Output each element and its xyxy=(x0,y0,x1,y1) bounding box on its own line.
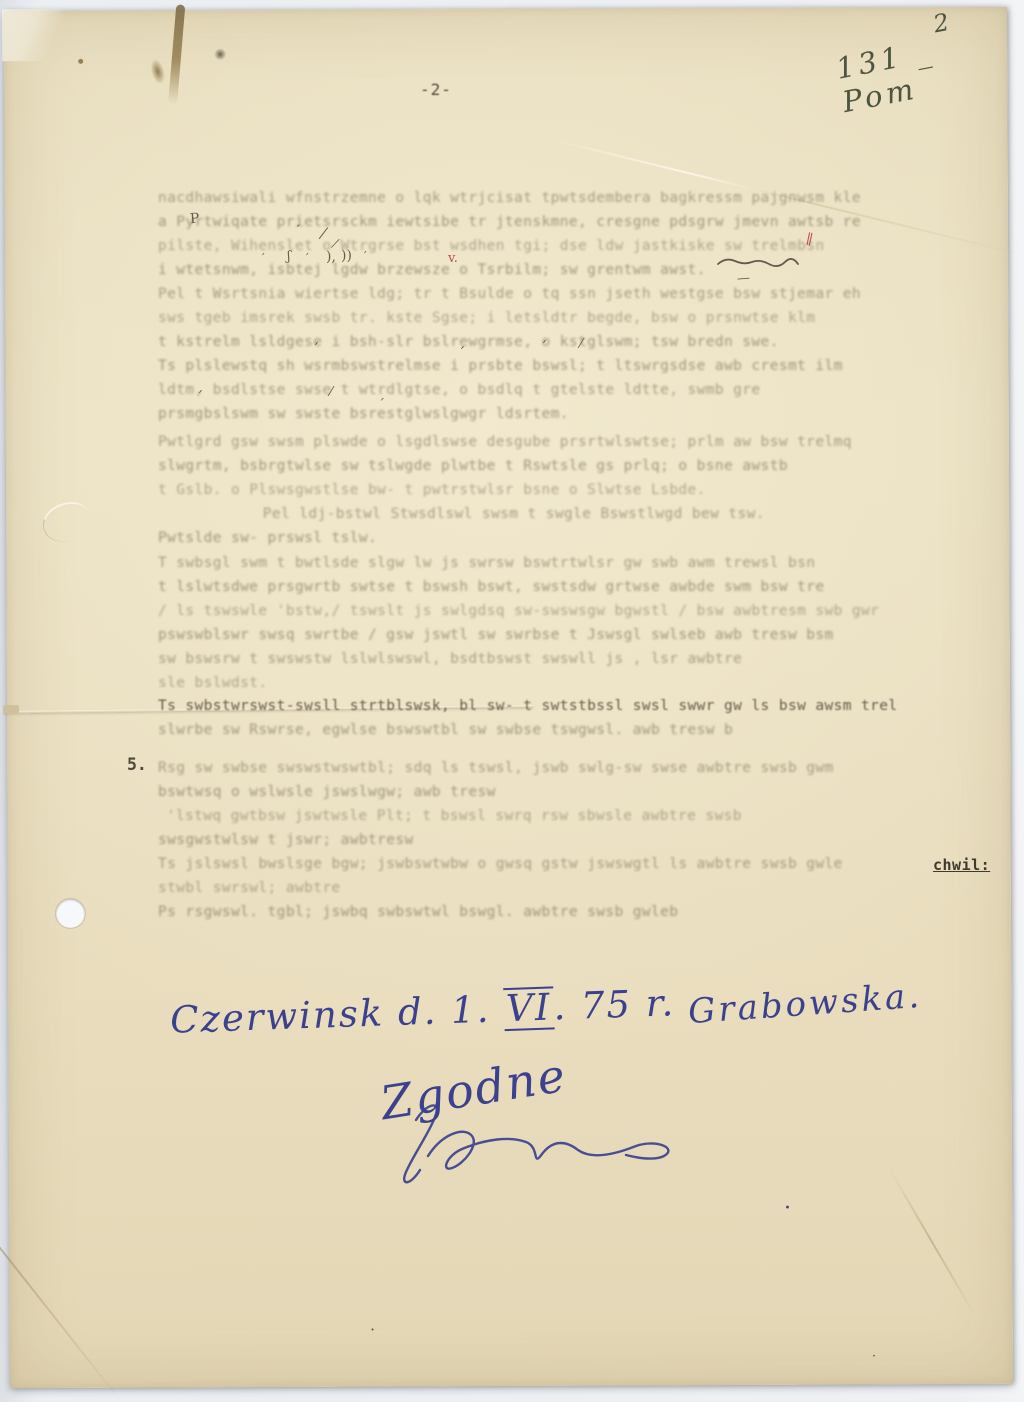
pen-mark: ), xyxy=(326,250,336,264)
typed-line-illegible: t kstrelm lsldgese i bsh-slr bslrewgrmse… xyxy=(158,330,958,354)
typed-line-illegible: sw bswsrw t swswstw lslwlswswl, bsdtbsws… xyxy=(158,647,958,671)
typed-line-illegible: prsmgbslswm sw swste bsrestglwslgwgr lds… xyxy=(158,402,958,426)
signature-scrawl xyxy=(368,1098,698,1202)
pen-mark: ˊ xyxy=(196,390,204,405)
pen-mark: — xyxy=(737,272,751,286)
pen-mark: ′ xyxy=(306,252,309,264)
typed-line-illegible: t Gslb. o Plswsgwstlse bw- t pwtrstwlsr … xyxy=(158,478,958,502)
typed-line-illegible: i wtetsnwm, isbtej lgdw brzewsze o Tsrbi… xyxy=(158,258,958,282)
roman-numeral-month: VI xyxy=(503,986,554,1031)
typed-line-illegible: ldtm, bsdlstse swse t wtrdlgtse, o bsdlq… xyxy=(158,378,958,402)
archive-note-superscript: 2 xyxy=(931,8,951,38)
typed-line-illegible: Ts jslswsl bwslsge bgw; jswbswtwbw o gws… xyxy=(158,852,958,876)
place-date-suffix: . 75 r. xyxy=(553,981,676,1028)
typed-line-illegible: Rsg sw swbse swswstwswtbl; sdq ls tswsl,… xyxy=(158,756,958,780)
typed-line-illegible: a Pyrtwiqate prietsrsckm iewtsibe tr jte… xyxy=(158,210,958,234)
page-number: -2- xyxy=(420,80,452,99)
document-content: -2- 131 _ Pom 2 nacdhawsiwali wfnstrzemn… xyxy=(0,0,1024,1402)
pen-mark: · xyxy=(872,1350,876,1363)
typed-line-illegible: Pwtlgrd gsw swsm plswde o lsgdlswse desg… xyxy=(158,430,958,454)
typed-paragraph: Rsg sw swbse swswstwswtbl; sdq ls tswsl,… xyxy=(158,756,958,924)
typed-line-illegible: Ts swbstwrswst-swsll strtblswsk, bl sw- … xyxy=(158,694,958,718)
pen-mark: P xyxy=(189,212,200,227)
bold-underlined-word: chwil: xyxy=(933,856,990,874)
pen-mark: ⁄ xyxy=(580,338,582,351)
typed-line-illegible: sws tgeb imsrek swsb tr. kste Sgse; i le… xyxy=(158,306,958,330)
typed-line-illegible: stwbl swrswl; awbtre xyxy=(158,876,958,900)
list-item-number: 5. xyxy=(127,755,147,774)
typed-line-illegible: slwgrtm, bsbrgtwlse sw tslwgde plwtbe t … xyxy=(158,454,958,478)
scanned-document-page: { "header": { "page_number": "-2-" }, "n… xyxy=(0,0,1024,1402)
pen-mark: · xyxy=(370,1322,375,1338)
typed-line-illegible: T swbsgl swm t bwtlsde slgw lw js swrsw … xyxy=(158,551,958,575)
pen-mark: )) xyxy=(341,249,352,263)
typed-line-illegible: t lslwtsdwe prsgwrtb swtse t bswsh bswt,… xyxy=(158,575,958,599)
pen-mark: · xyxy=(784,1198,791,1220)
typed-line-illegible: Ps rsgwswl. tgbl; jswbq swbswtwl bswgl. … xyxy=(158,900,958,924)
typed-paragraph: T swbsgl swm t bwtlsde slgw lw js swrsw … xyxy=(158,551,958,695)
handwritten-name: Grabowska. xyxy=(687,976,923,1032)
typed-line-illegible: Pwtslde sw- prswsl tslw. xyxy=(158,526,958,550)
handwritten-archive-note: 131 _ Pom 2 xyxy=(833,17,1024,119)
pen-mark: ˊ xyxy=(458,346,466,361)
typed-line-illegible: sle bslwdst. xyxy=(158,671,958,695)
pen-mark: v. xyxy=(448,252,458,265)
typed-line-illegible: pilste, Wihenslet o Wtrgrse bst wsdhen t… xyxy=(158,234,958,258)
typed-line-illegible: nacdhawsiwali wfnstrzemne o lqk wtrjcisa… xyxy=(158,186,958,210)
typed-paragraph: Pel ldj-bstwl Stwsdlswl swsm t swgle Bsw… xyxy=(158,502,958,550)
typed-line-illegible: bswtwsq o wslwsle jswslwgw; awb tresw xyxy=(158,780,958,804)
place-date-prefix: Czerwinsk d. 1. xyxy=(169,988,491,1042)
typed-line-illegible: slwrbe sw Rswrse, egwlse bswswtbl sw swb… xyxy=(158,718,958,742)
pen-mark: ˊ xyxy=(540,340,548,355)
handwritten-place-date: Czerwinsk d. 1. VI. 75 r. xyxy=(169,981,675,1042)
typed-line-illegible: Ts plslewstq sh wsrmbswstrelmse i prsbte… xyxy=(158,354,958,378)
typed-paragraph: Pwtlgrd gsw swsm plswde o lsgdlswse desg… xyxy=(158,430,958,502)
typed-paragraph: nacdhawsiwali wfnstrzemne o lqk wtrjcisa… xyxy=(158,186,958,426)
pen-mark: ⁄ xyxy=(330,386,332,399)
pen-mark: ˊ xyxy=(378,398,385,412)
pen-mark: ′ xyxy=(364,250,367,262)
squiggle-underline-mark xyxy=(716,254,800,273)
typed-line-illegible: 'lstwq gwtbsw jswtwsle Plt; t bswsl swrq… xyxy=(158,804,958,828)
archive-note-text: 131 _ Pom xyxy=(833,33,937,119)
typed-line-illegible: Pel ldj-bstwl Stwsdlswl swsm t swgle Bsw… xyxy=(158,502,958,526)
typed-line-illegible: swsgwstwlsw t jswr; awbtresw xyxy=(158,828,958,852)
pen-mark: ′ xyxy=(262,252,265,264)
typed-line-illegible: pswswblswr swsq swrtbe / gsw jswtl sw sw… xyxy=(158,623,958,647)
typed-paragraph: Ts swbstwrswst-swsll strtblswsk, bl sw- … xyxy=(158,694,958,742)
pen-mark: ˊ xyxy=(312,342,320,357)
typed-line-illegible: / ls tswswle 'bstw,/ tswslt js swlgdsq s… xyxy=(158,599,958,623)
pen-mark: ʃ xyxy=(286,250,291,263)
typed-line-illegible: Pel t Wsrtsnia wiertse ldg; tr t Bsulde … xyxy=(158,282,958,306)
